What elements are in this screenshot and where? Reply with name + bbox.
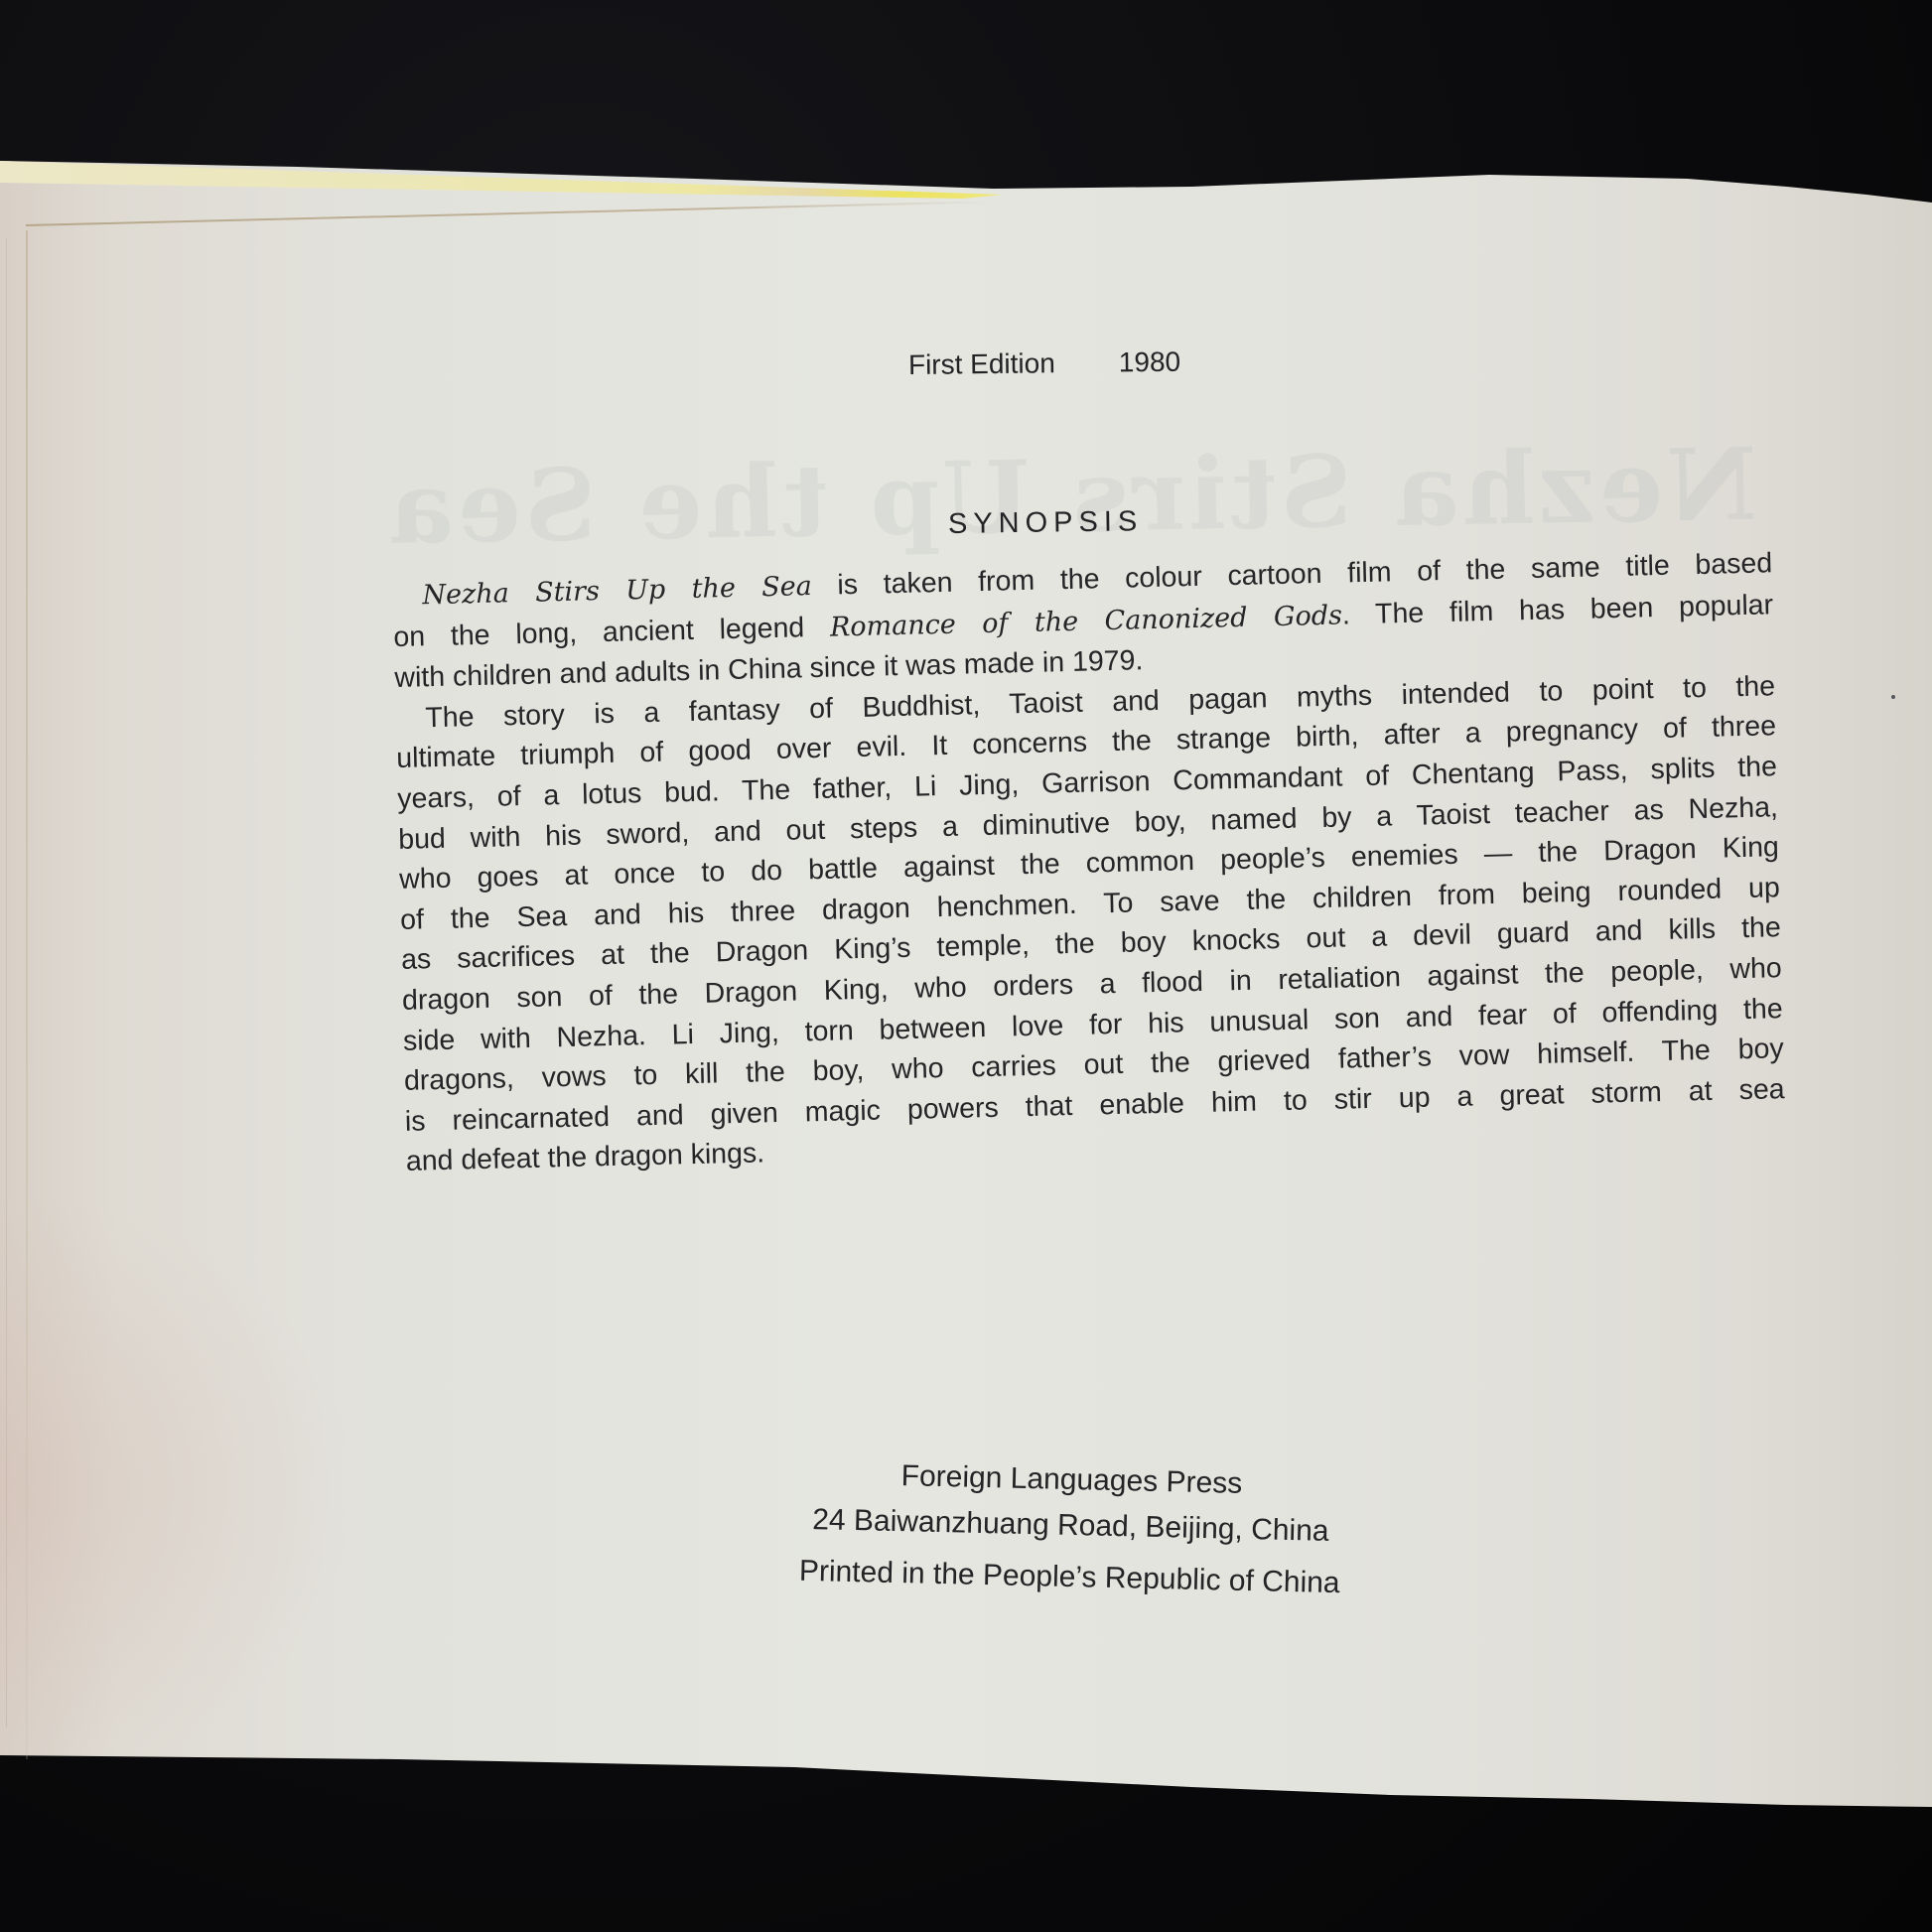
line-text: and defeat the dragon kings. (406, 1138, 765, 1178)
line-text: on the long, ancient legend (393, 611, 830, 652)
synopsis-heading: SYNOPSIS (948, 505, 1144, 541)
edition-label: First Edition (908, 347, 1055, 380)
line-text: . The film has been popular (1341, 589, 1773, 630)
edition-line: First Edition1980 (908, 346, 1180, 381)
show-through-title: Nezha Stirs Up the Sea (466, 426, 1758, 566)
synopsis-body: Nezha Stirs Up the Sea is taken from the… (392, 543, 1786, 1181)
publisher-block: Foreign Languages Press 24 Baiwanzhuang … (593, 1447, 1549, 1611)
italic-title: Romance of the Canonized Gods (830, 600, 1343, 642)
paper-speck (1891, 695, 1895, 699)
leaf-left-edge (26, 230, 28, 1759)
page-left-edge (6, 238, 7, 1727)
edition-year: 1980 (1119, 346, 1181, 378)
italic-title: Nezha Stirs Up the Sea (422, 571, 812, 611)
